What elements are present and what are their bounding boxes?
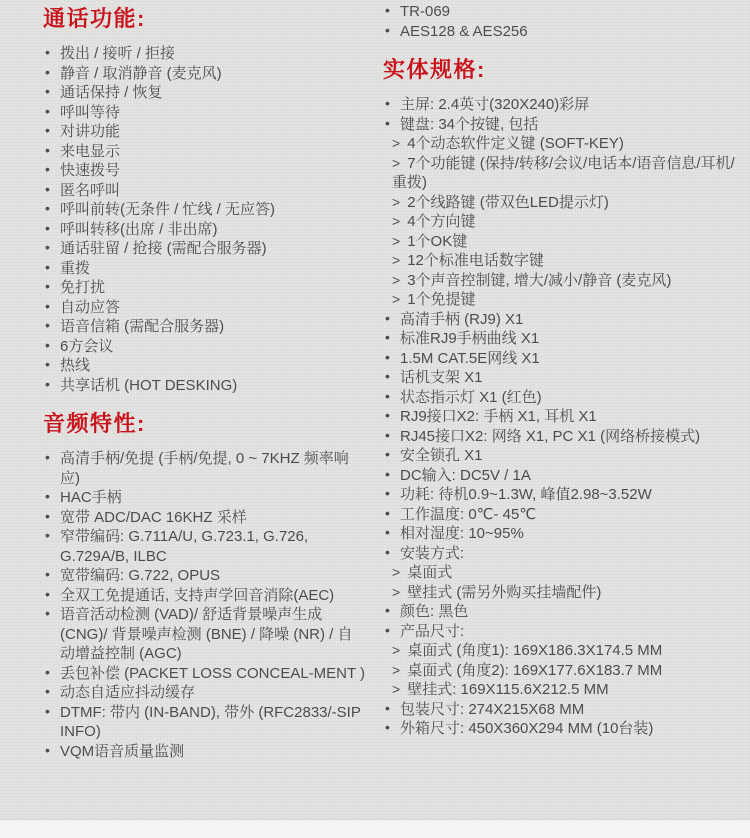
list-item: •外箱尺寸: 450X360X294 MM (10台装) <box>383 719 745 739</box>
list-item: •安装方式: <box>383 544 745 564</box>
bullet-icon: • <box>45 180 50 200</box>
spec-column-right: •TR-069•AES128 & AES256实体规格:•主屏: 2.4英寸(3… <box>383 0 745 755</box>
sub-marker-icon: > <box>392 662 400 678</box>
list-item-text: 产品尺寸: <box>400 623 464 640</box>
list-item-text: 丢包补偿 (PACKET LOSS CONCEAL-MENT ) <box>60 665 365 682</box>
list-item: •颜色: 黑色 <box>383 602 745 622</box>
list-item: •RJ45接口X2: 网络 X1, PC X1 (网络桥接模式) <box>383 427 745 447</box>
bullet-icon: • <box>45 219 50 239</box>
list-item: •丢包补偿 (PACKET LOSS CONCEAL-MENT ) <box>43 664 367 684</box>
bullet-icon: • <box>385 543 390 563</box>
list-item: •状态指示灯 X1 (红色) <box>383 388 745 408</box>
list-item-text: 1个OK键 <box>407 233 467 250</box>
sub-marker-icon: > <box>392 681 400 697</box>
sub-marker-icon: > <box>392 213 400 229</box>
bullet-icon: • <box>385 387 390 407</box>
bullet-icon: • <box>45 604 50 624</box>
sub-marker-icon: > <box>392 272 400 288</box>
list-item-text: 拨出 / 接听 / 拒接 <box>60 45 175 62</box>
list-item-text: 工作温度: 0℃- 45℃ <box>400 506 536 523</box>
list-item-text: 状态指示灯 X1 (红色) <box>400 389 542 406</box>
bullet-icon: • <box>45 702 50 722</box>
bullet-icon: • <box>385 348 390 368</box>
list-item-text: 12个标准电话数字键 <box>407 252 544 269</box>
list-item-text: 来电显示 <box>60 143 120 160</box>
list-item-text: 主屏: 2.4英寸(320X240)彩屏 <box>400 96 589 113</box>
sub-list-item: >壁挂式 (需另外购买挂墙配件) <box>383 583 745 603</box>
sub-list-item: >7个功能键 (保持/转移/会议/电话本/语音信息/耳机/重拨) <box>383 154 745 193</box>
list-item: •静音 / 取消静音 (麦克风) <box>43 64 367 84</box>
bullet-icon: • <box>45 141 50 161</box>
bullet-icon: • <box>45 160 50 180</box>
sub-marker-icon: > <box>392 584 400 600</box>
list-item-text: 壁挂式: 169X115.6X212.5 MM <box>407 681 609 698</box>
sub-list-item: >壁挂式: 169X115.6X212.5 MM <box>383 680 745 700</box>
list-item: •热线 <box>43 356 367 376</box>
list-item-text: AES128 & AES256 <box>400 23 528 40</box>
bullet-icon: • <box>45 297 50 317</box>
bullet-icon: • <box>45 741 50 761</box>
sub-marker-icon: > <box>392 194 400 210</box>
list-item-text: 匿名呼叫 <box>60 182 120 199</box>
list-item: •DC输入: DC5V / 1A <box>383 466 745 486</box>
list-item-text: 对讲功能 <box>60 123 120 140</box>
bullet-icon: • <box>45 199 50 219</box>
list-item: •安全锁孔 X1 <box>383 446 745 466</box>
list-item-text: 包装尺寸: 274X215X68 MM <box>400 701 584 718</box>
list-item: •包装尺寸: 274X215X68 MM <box>383 700 745 720</box>
list-item: •高清手柄/免提 (手柄/免提, 0 ~ 7KHZ 频率响应) <box>43 449 367 488</box>
sub-list-item: >桌面式 <box>383 563 745 583</box>
bullet-icon: • <box>45 82 50 102</box>
list-item: •DTMF: 带内 (IN-BAND), 带外 (RFC2833/-SIP IN… <box>43 703 367 742</box>
list-item: •标准RJ9手柄曲线 X1 <box>383 329 745 349</box>
bullet-icon: • <box>385 367 390 387</box>
sub-list-item: >3个声音控制键, 增大/减小/静音 (麦克风) <box>383 271 745 291</box>
spec-list: •主屏: 2.4英寸(320X240)彩屏•键盘: 34个按键, 包括>4个动态… <box>383 95 745 739</box>
list-item: •呼叫转移(出席 / 非出席) <box>43 220 367 240</box>
list-item: •1.5M CAT.5E网线 X1 <box>383 349 745 369</box>
spec-sheet-background: 通话功能:•拨出 / 接听 / 拒接•静音 / 取消静音 (麦克风)•通话保持 … <box>0 0 750 820</box>
list-item-text: DC输入: DC5V / 1A <box>400 467 531 484</box>
bullet-icon: • <box>385 621 390 641</box>
list-item-text: TR-069 <box>400 3 450 20</box>
spec-section: 通话功能:•拨出 / 接听 / 拒接•静音 / 取消静音 (麦克风)•通话保持 … <box>43 6 367 395</box>
list-item-text: 快速拨号 <box>60 162 120 179</box>
bullet-icon: • <box>385 1 390 21</box>
list-item: •6方会议 <box>43 337 367 357</box>
list-item: •宽带编码: G.722, OPUS <box>43 566 367 586</box>
list-item: •RJ9接口X2: 手柄 X1, 耳机 X1 <box>383 407 745 427</box>
list-item-text: 热线 <box>60 357 90 374</box>
spec-list: •TR-069•AES128 & AES256 <box>383 2 745 41</box>
list-item-text: 功耗: 待机0.9~1.3W, 峰值2.98~3.52W <box>400 486 652 503</box>
bullet-icon: • <box>385 484 390 504</box>
bullet-icon: • <box>45 487 50 507</box>
list-item-text: 通话驻留 / 抢接 (需配合服务器) <box>60 240 267 257</box>
list-item-text: RJ45接口X2: 网络 X1, PC X1 (网络桥接模式) <box>400 428 700 445</box>
bullet-icon: • <box>45 507 50 527</box>
bullet-icon: • <box>385 94 390 114</box>
list-item: •功耗: 待机0.9~1.3W, 峰值2.98~3.52W <box>383 485 745 505</box>
sub-list-item: >4个方向键 <box>383 212 745 232</box>
list-item-text: 呼叫等待 <box>60 104 120 121</box>
list-item: •窄带编码: G.711A/U, G.723.1, G.726, G.729A/… <box>43 527 367 566</box>
list-item-text: 2个线路键 (带双色LED提示灯) <box>407 194 609 211</box>
bullet-icon: • <box>385 445 390 465</box>
list-item-text: 通话保持 / 恢复 <box>60 84 163 101</box>
sub-list-item: >桌面式 (角度1): 169X186.3X174.5 MM <box>383 641 745 661</box>
list-item-text: 相对湿度: 10~95% <box>400 525 524 542</box>
bullet-icon: • <box>45 448 50 468</box>
bullet-icon: • <box>385 523 390 543</box>
list-item-text: 高清手柄/免提 (手柄/免提, 0 ~ 7KHZ 频率响应) <box>60 450 349 487</box>
list-item: •呼叫前转(无条件 / 忙线 / 无应答) <box>43 200 367 220</box>
list-item-text: 自动应答 <box>60 299 120 316</box>
list-item-text: 静音 / 取消静音 (麦克风) <box>60 65 222 82</box>
list-item: •呼叫等待 <box>43 103 367 123</box>
list-item-text: 动态自适应抖动缓存 <box>60 684 195 701</box>
list-item-text: 窄带编码: G.711A/U, G.723.1, G.726, G.729A/B… <box>60 528 308 565</box>
bullet-icon: • <box>45 355 50 375</box>
sub-list-item: >2个线路键 (带双色LED提示灯) <box>383 193 745 213</box>
list-item-text: RJ9接口X2: 手柄 X1, 耳机 X1 <box>400 408 597 425</box>
bullet-icon: • <box>45 682 50 702</box>
list-item-text: 1.5M CAT.5E网线 X1 <box>400 350 540 367</box>
list-item-text: 语音活动检测 (VAD)/ 舒适背景噪声生成 (CNG)/ 背景噪声检测 (BN… <box>60 606 353 662</box>
sub-list-item: >4个动态软件定义键 (SOFT-KEY) <box>383 134 745 154</box>
list-item-text: 4个方向键 <box>407 213 475 230</box>
bullet-icon: • <box>385 426 390 446</box>
list-item-text: 安装方式: <box>400 545 464 562</box>
list-item: •对讲功能 <box>43 122 367 142</box>
spec-list: •拨出 / 接听 / 拒接•静音 / 取消静音 (麦克风)•通话保持 / 恢复•… <box>43 44 367 395</box>
sub-marker-icon: > <box>392 233 400 249</box>
sub-list-item: >1个免提键 <box>383 290 745 310</box>
bullet-icon: • <box>45 121 50 141</box>
list-item: •VQM语音质量监测 <box>43 742 367 762</box>
list-item-text: 话机支架 X1 <box>400 369 483 386</box>
sub-marker-icon: > <box>392 135 400 151</box>
spec-column-left: 通话功能:•拨出 / 接听 / 拒接•静音 / 取消静音 (麦克风)•通话保持 … <box>43 0 367 777</box>
bullet-icon: • <box>45 102 50 122</box>
list-item: •产品尺寸: <box>383 622 745 642</box>
list-item-text: 标准RJ9手柄曲线 X1 <box>400 330 539 347</box>
list-item: •键盘: 34个按键, 包括 <box>383 115 745 135</box>
list-item-text: DTMF: 带内 (IN-BAND), 带外 (RFC2833/-SIP INF… <box>60 704 361 741</box>
bullet-icon: • <box>45 277 50 297</box>
list-item: •通话驻留 / 抢接 (需配合服务器) <box>43 239 367 259</box>
sub-marker-icon: > <box>392 642 400 658</box>
list-item-text: 呼叫转移(出席 / 非出席) <box>60 221 218 238</box>
bullet-icon: • <box>45 336 50 356</box>
bullet-icon: • <box>385 328 390 348</box>
spec-section: 音频特性:•高清手柄/免提 (手柄/免提, 0 ~ 7KHZ 频率响应)•HAC… <box>43 411 367 761</box>
list-item: •通话保持 / 恢复 <box>43 83 367 103</box>
bullet-icon: • <box>385 21 390 41</box>
list-item-text: 全双工免提通话, 支持声学回音消除(AEC) <box>60 587 334 604</box>
list-item: •快速拨号 <box>43 161 367 181</box>
sub-list-item: >桌面式 (角度2): 169X177.6X183.7 MM <box>383 661 745 681</box>
list-item-text: 键盘: 34个按键, 包括 <box>400 116 538 133</box>
list-item: •全双工免提通话, 支持声学回音消除(AEC) <box>43 586 367 606</box>
list-item-text: 桌面式 (角度2): 169X177.6X183.7 MM <box>407 662 662 679</box>
list-item-text: VQM语音质量监测 <box>60 743 184 760</box>
list-item: •共享话机 (HOT DESKING) <box>43 376 367 396</box>
spec-section: 实体规格:•主屏: 2.4英寸(320X240)彩屏•键盘: 34个按键, 包括… <box>383 57 745 739</box>
list-item: •HAC手柄 <box>43 488 367 508</box>
list-item-text: 7个功能键 (保持/转移/会议/电话本/语音信息/耳机/重拨) <box>392 155 735 192</box>
list-item: •语音信箱 (需配合服务器) <box>43 317 367 337</box>
bullet-icon: • <box>385 601 390 621</box>
bullet-icon: • <box>45 63 50 83</box>
section-title: 音频特性: <box>43 411 367 437</box>
spec-section: •TR-069•AES128 & AES256 <box>383 2 745 41</box>
list-item: •语音活动检测 (VAD)/ 舒适背景噪声生成 (CNG)/ 背景噪声检测 (B… <box>43 605 367 664</box>
list-item: •匿名呼叫 <box>43 181 367 201</box>
list-item-text: 呼叫前转(无条件 / 忙线 / 无应答) <box>60 201 275 218</box>
list-item-text: 高清手柄 (RJ9) X1 <box>400 311 523 328</box>
list-item-text: 6方会议 <box>60 338 113 355</box>
list-item: •宽带 ADC/DAC 16KHZ 采样 <box>43 508 367 528</box>
sub-marker-icon: > <box>392 155 400 171</box>
list-item-text: 4个动态软件定义键 (SOFT-KEY) <box>407 135 624 152</box>
bullet-icon: • <box>385 406 390 426</box>
list-item-text: 3个声音控制键, 增大/减小/静音 (麦克风) <box>407 272 671 289</box>
bullet-icon: • <box>385 718 390 738</box>
bullet-icon: • <box>385 465 390 485</box>
bullet-icon: • <box>385 309 390 329</box>
list-item-text: 共享话机 (HOT DESKING) <box>60 377 237 394</box>
list-item-text: 桌面式 (角度1): 169X186.3X174.5 MM <box>407 642 662 659</box>
bullet-icon: • <box>45 565 50 585</box>
product-spec-page: 通话功能:•拨出 / 接听 / 拒接•静音 / 取消静音 (麦克风)•通话保持 … <box>0 0 750 838</box>
list-item-text: HAC手柄 <box>60 489 122 506</box>
bullet-icon: • <box>45 316 50 336</box>
section-title: 通话功能: <box>43 6 367 32</box>
list-item-text: 桌面式 <box>407 564 452 581</box>
list-item: •重拨 <box>43 259 367 279</box>
list-item: •主屏: 2.4英寸(320X240)彩屏 <box>383 95 745 115</box>
bullet-icon: • <box>45 526 50 546</box>
list-item: •话机支架 X1 <box>383 368 745 388</box>
list-item-text: 外箱尺寸: 450X360X294 MM (10台装) <box>400 720 653 737</box>
section-title: 实体规格: <box>383 57 745 83</box>
bullet-icon: • <box>45 238 50 258</box>
list-item-text: 语音信箱 (需配合服务器) <box>60 318 224 335</box>
sub-marker-icon: > <box>392 291 400 307</box>
bullet-icon: • <box>45 663 50 683</box>
bullet-icon: • <box>385 114 390 134</box>
list-item-text: 壁挂式 (需另外购买挂墙配件) <box>407 584 601 601</box>
list-item: •动态自适应抖动缓存 <box>43 683 367 703</box>
bullet-icon: • <box>45 43 50 63</box>
list-item: •TR-069 <box>383 2 745 22</box>
bullet-icon: • <box>45 585 50 605</box>
bullet-icon: • <box>45 258 50 278</box>
sub-list-item: >1个OK键 <box>383 232 745 252</box>
bullet-icon: • <box>385 699 390 719</box>
bullet-icon: • <box>385 504 390 524</box>
page-bottom-strip <box>0 821 750 838</box>
list-item: •来电显示 <box>43 142 367 162</box>
list-item: •免打扰 <box>43 278 367 298</box>
list-item: •拨出 / 接听 / 拒接 <box>43 44 367 64</box>
list-item: •相对湿度: 10~95% <box>383 524 745 544</box>
list-item-text: 宽带编码: G.722, OPUS <box>60 567 220 584</box>
list-item: •工作温度: 0℃- 45℃ <box>383 505 745 525</box>
spec-list: •高清手柄/免提 (手柄/免提, 0 ~ 7KHZ 频率响应)•HAC手柄•宽带… <box>43 449 367 761</box>
sub-list-item: >12个标准电话数字键 <box>383 251 745 271</box>
list-item: •自动应答 <box>43 298 367 318</box>
list-item-text: 1个免提键 <box>407 291 475 308</box>
list-item: •高清手柄 (RJ9) X1 <box>383 310 745 330</box>
list-item-text: 宽带 ADC/DAC 16KHZ 采样 <box>60 509 247 526</box>
list-item-text: 安全锁孔 X1 <box>400 447 483 464</box>
list-item: •AES128 & AES256 <box>383 22 745 42</box>
list-item-text: 重拨 <box>60 260 90 277</box>
sub-marker-icon: > <box>392 252 400 268</box>
list-item-text: 颜色: 黑色 <box>400 603 468 620</box>
list-item-text: 免打扰 <box>60 279 105 296</box>
bullet-icon: • <box>45 375 50 395</box>
sub-marker-icon: > <box>392 564 400 580</box>
